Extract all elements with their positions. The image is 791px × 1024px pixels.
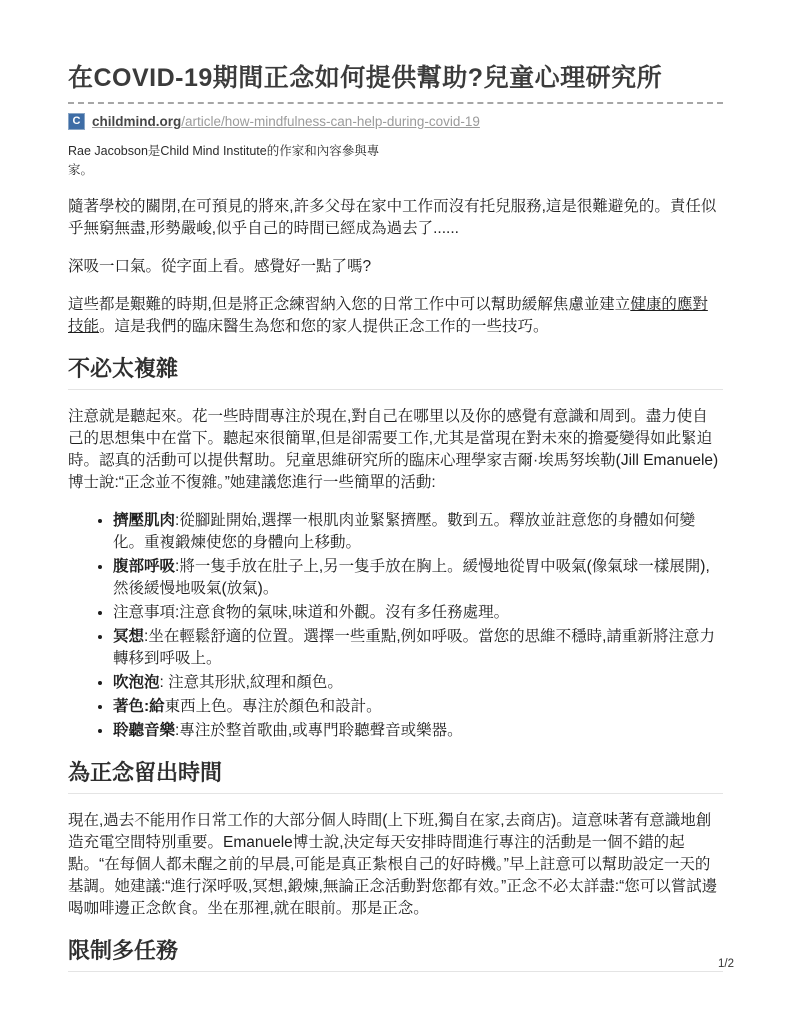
bullet-label: 吹泡泡 [113,674,160,691]
intro-paragraph-3-text: 這些都是艱難的時期,但是將正念練習納入您的日常工作中可以幫助緩解焦慮並建立 [68,296,630,313]
bullet-label: 擠壓肌肉 [113,512,175,529]
bullet-text: :坐在輕鬆舒適的位置。選擇一些重點,例如呼吸。當您的思維不穩時,請重新將注意力轉… [113,628,715,667]
page-number: 1/2 [718,958,734,970]
list-item: 注意事項:注意食物的氣味,味道和外觀。沒有多任務處理。 [113,602,723,624]
list-item: 腹部呼吸:將一隻手放在肚子上,另一隻手放在胸上。緩慢地從胃中吸氣(像氣球一樣展開… [113,556,723,600]
article-header: 在COVID-19期間正念如何提供幫助?兒童心理研究所 C childmind.… [68,62,723,180]
article-page: 在COVID-19期間正念如何提供幫助?兒童心理研究所 C childmind.… [0,0,791,972]
bullet-label: 聆聽音樂 [113,722,175,739]
section-2-paragraph: 現在,過去不能用作日常工作的大部分個人時間(上下班,獨自在家,去商店)。這意味著… [68,810,723,920]
byline-line-1: Rae Jacobson是Child Mind Institute的作家和內容參… [68,142,723,161]
bullet-text: :將一隻手放在肚子上,另一隻手放在胸上。緩慢地從胃中吸氣(像氣球一樣展開),然後… [113,558,710,597]
section-heading-limit-multitasking: 限制多任務 [68,937,723,972]
byline-line-2: 家。 [68,161,723,180]
source-domain: childmind.org [92,114,181,129]
list-item: 吹泡泡: 注意其形狀,紋理和顏色。 [113,672,723,694]
list-item: 著色:給東西上色。專注於顏色和設計。 [113,696,723,718]
mindfulness-activities-list: 擠壓肌肉:從腳趾開始,選擇一根肌肉並緊緊擠壓。數到五。釋放並註意您的身體如何變化… [68,510,723,742]
bullet-text: :專注於整首歌曲,或專門聆聽聲音或樂器。 [175,722,463,739]
list-item: 冥想:坐在輕鬆舒適的位置。選擇一些重點,例如呼吸。當您的思維不穩時,請重新將注意… [113,626,723,670]
source-url-text: childmind.org/article/how-mindfulness-ca… [92,113,480,130]
intro-paragraph-2: 深吸一口氣。從字面上看。感覺好一點了嗎? [68,256,723,278]
page-title: 在COVID-19期間正念如何提供幫助?兒童心理研究所 [68,62,723,95]
byline: Rae Jacobson是Child Mind Institute的作家和內容參… [68,142,723,180]
list-item: 聆聽音樂:專注於整首歌曲,或專門聆聽聲音或樂器。 [113,720,723,742]
bullet-text: : 注意其形狀,紋理和顏色。 [160,674,343,691]
site-favicon-icon: C [68,113,85,130]
section-heading-keep-it-simple: 不必太複雜 [68,355,723,390]
bullet-text: 注意事項:注意食物的氣味,味道和外觀。沒有多任務處理。 [113,604,509,621]
intro-paragraph-3: 這些都是艱難的時期,但是將正念練習納入您的日常工作中可以幫助緩解焦慮並建立健康的… [68,294,723,338]
bullet-label: 冥想 [113,628,144,645]
bullet-text: :從腳趾開始,選擇一根肌肉並緊緊擠壓。數到五。釋放並註意您的身體如何變化。重複鍛… [113,512,695,551]
intro-paragraph-3-tail: 。這是我們的臨床醫生為您和您的家人提供正念工作的一些技巧。 [99,318,549,335]
article-body: 隨著學校的關閉,在可預見的將來,許多父母在家中工作而沒有托兒服務,這是很難避免的… [68,196,723,972]
source-link-row: C childmind.org/article/how-mindfulness-… [68,113,723,130]
bullet-label: 著色:給 [113,698,165,715]
source-path: /article/how-mindfulness-can-help-during… [181,114,480,129]
intro-paragraph-1: 隨著學校的關閉,在可預見的將來,許多父母在家中工作而沒有托兒服務,這是很難避免的… [68,196,723,240]
bullet-text: 東西上色。專注於顏色和設計。 [165,698,382,715]
title-divider [68,102,723,104]
list-item: 擠壓肌肉:從腳趾開始,選擇一根肌肉並緊緊擠壓。數到五。釋放並註意您的身體如何變化… [113,510,723,554]
source-url-link[interactable]: C childmind.org/article/how-mindfulness-… [68,113,480,130]
section-1-paragraph: 注意就是聽起來。花一些時間專注於現在,對自己在哪里以及你的感覺有意識和周到。盡力… [68,406,723,494]
bullet-label: 腹部呼吸 [113,558,175,575]
section-heading-make-time: 為正念留出時間 [68,759,723,794]
